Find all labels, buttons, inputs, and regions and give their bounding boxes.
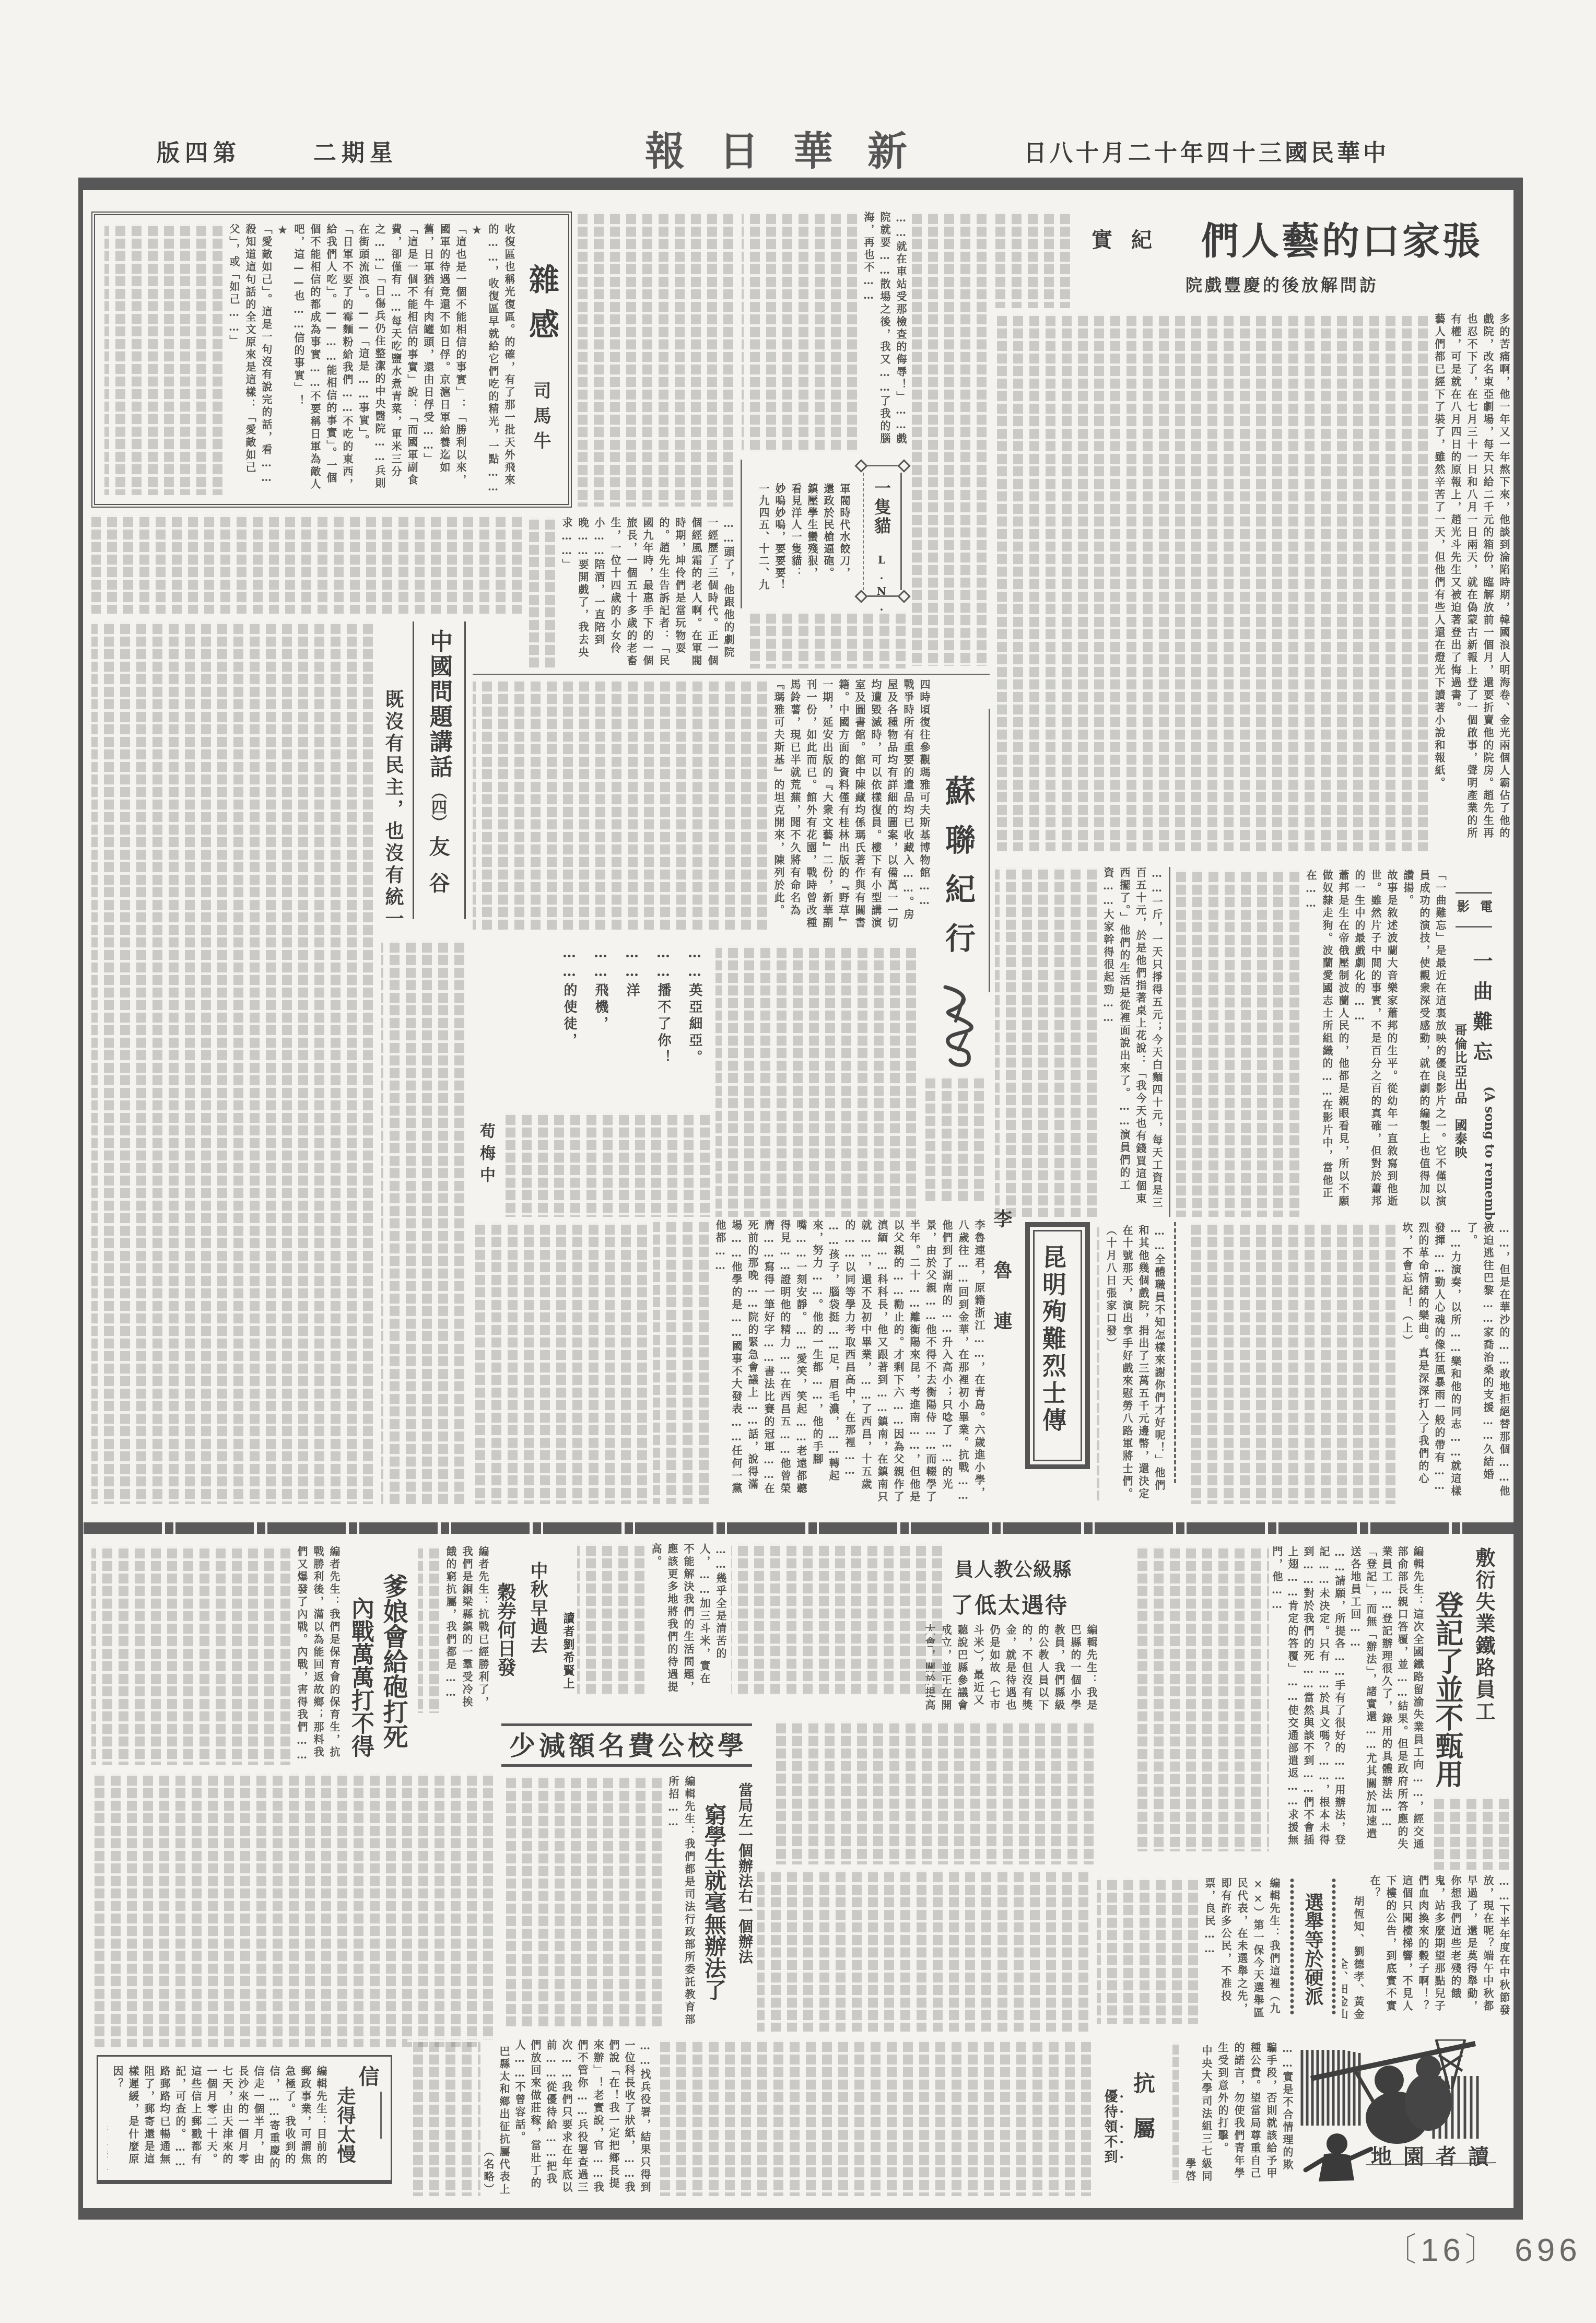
zagan-title: 雜感 [526, 264, 557, 354]
column-text-block [655, 2039, 1094, 2196]
column-text-block [501, 1112, 713, 1217]
soviet-body [715, 945, 919, 1217]
letter-signature: 巴縣太和鄉出征抗屬代表上（名略） [480, 2039, 512, 2196]
column-text-block [995, 212, 1073, 308]
section-divider-band [84, 1522, 1513, 1534]
film-paragraph: ……力演奏，以所……樂和他的同志……就這樣發揮……動人心魂的像狂風暴雨一般的帶有… [1399, 1222, 1463, 1504]
grain-letter-kicker: 中秋早過去 [529, 1562, 546, 1655]
frame-right-border [1513, 178, 1523, 2220]
kunming-paragraph: 李魯連君，原籍浙江……，在青島。六歲進小學，八歲往……回到金華，在那裡初小畢業。… [841, 1219, 987, 1504]
zagan-separator: ★ [468, 224, 485, 495]
letter-paragraph: ……請願，所提各……手有了很好的……用辦法，登記……未決定。只有……於具文嗎？…… [1269, 1546, 1347, 1851]
poem-box-right [900, 473, 902, 590]
cat-poem-title: 一隻貓 [873, 479, 890, 536]
zagan-paragraph: 「這是一個不能相信的事實」說：「而國軍副食費，卻僅有……每天吃鹽水煮青菜，軍米三… [355, 224, 420, 495]
tuition-letter-body: 編輯先生：我們都是司法行政部所委託教育部所招…… [501, 1776, 697, 2026]
page-number-label: 第四版 [157, 142, 241, 165]
poem-line: 鎮壓學生蠻殘狠， [804, 483, 820, 603]
china-talk-body [381, 940, 467, 1504]
zagan-paragraph: 「日軍不要了的霉麵粉給我們……不吃的東西，給我們人吃」。——……能相信的事實」。… [290, 224, 355, 495]
china-talk-part: （四） [429, 783, 445, 830]
cat-poem-lines: 軍閥時代水餃刀， 還政於民槍逼砲。 鎮壓學生蠻殘狠， 看見洋人一隻貓： 妙嗚妙嗚… [748, 483, 852, 603]
masthead-rule [81, 178, 1523, 190]
letter-paragraph: 編輯先生：目前的郵政事業，可謂焦急極了。我收到的信，……寄重慶的信走一個半月，由… [110, 2066, 329, 2173]
letter-paragraph: 編輯先生：我是巴縣的一個小學教員，我們縣級的公教人員以下的，不但沒有獎金，就是待… [922, 1624, 1099, 1718]
weekday-label: 星期二 [313, 142, 398, 165]
letter-paragraph: ……找兵役署，結果只得到一位科長收了狀紙，……我們說「在！我一定把鄉長提來辦」！… [512, 2039, 653, 2196]
diamond-ornament [897, 590, 910, 603]
zhangjiakou-paragraph: 多的苦痛啊，他一年又一年熬下來，他談到淪陷時期，韓國浪人明海卷、金光兩個人霸佔了… [1447, 313, 1512, 851]
archive-page-mark: 〔16〕 696 [1384, 2224, 1581, 2270]
column-text-block [473, 1222, 650, 1504]
war-letter-body: 編者先生：我們是保育會的保育生，抗戰勝利後，滿以為能回返故鄉；那料我們又爆發了內… [91, 1546, 342, 1765]
soviet-column-rule [989, 709, 990, 992]
county-letter-kicker: 縣級公教人員 [955, 1561, 1072, 1579]
railway-letter-title: 登記了並不甄用 [1434, 1590, 1462, 1788]
zhangjiakou-paragraph: 藝人們都已經下了裝了，雖然辛苦了一天，但他們有些人還在燈光下讀著小說和報紙。 [1431, 313, 1447, 851]
zagan-body: 收復區也稱光復區。的確，有了那一批天外飛來的……，收復區早就給它們吃的精光，一點… [104, 224, 517, 495]
tuition-letter-deck: 當局左一個辦法右一個辦法 [737, 1782, 752, 1964]
election-letter-body: 編輯先生：我們這裡（九××）第一保今天選舉區民代表，在未選舉之先，即有許多公民，… [1097, 1878, 1282, 2024]
calligraphy-signature [935, 982, 982, 1071]
zagan-paragraph: 收復區也稱光復區。的確，有了那一批天外飛來的……，收復區早就給它們吃的精光，一點… [485, 224, 517, 495]
poem-box-left [863, 473, 864, 590]
mail-letter-title: 信 [357, 2066, 378, 2086]
china-talk-subtitle: 既沒有民主，也沒有統一 [384, 689, 403, 931]
street-poem-author: 荀梅中 [478, 1123, 494, 1189]
column-text-block [757, 1870, 1092, 2032]
poem-line: ……播不了你！ [648, 945, 679, 1107]
war-letter-title: 爹娘會給砲打死 [381, 1574, 406, 1749]
poem-line: ……英亞細亞。 [679, 945, 710, 1107]
letter-paragraph: 編者先生：抗戰已經勝利了，我們是銅梁縣鎮的一羣受冷挨餓的窮抗屬，我們都是…… [442, 1546, 491, 1713]
kunming-title: 昆明殉難烈士傳 [1041, 1245, 1065, 1435]
letter-paragraph: 編者先生：我們是保育會的保育生，抗戰勝利後，滿以為能回返故鄉；那料我們又爆發了內… [294, 1546, 342, 1765]
grain-letter-title: 穀券何日發 [496, 1582, 515, 1676]
zhangjiakou-body-main: 多的苦痛啊，他一年又一年熬下來，他談到淪陷時期，韓國浪人明海卷、金光兩個人霸佔了… [995, 313, 1512, 851]
zagan-paragraph: 「這也是一個不能相信的事實」：「勝利以來，國軍的待遇竟還不如日俘。京滬日軍給養迄… [420, 224, 468, 495]
county-letter-signature: 讀者劉希賢上 [562, 1612, 574, 1691]
column-text-block [911, 212, 990, 666]
kunming-paragraph: ……孩子，腦袋挺……足，眉毛濃，……轉起來，努力……。他的一生都……，他的手腳嘴… [712, 1219, 841, 1504]
kunming-body: 李魯連君，原籍浙江……，在青島。六歲進小學，八歲往……回到金華，在那裡初小畢業。… [653, 1219, 987, 1504]
film-label-rule-bottom [1456, 926, 1492, 928]
poem-line: 軍閥時代水餃刀， [836, 483, 852, 603]
war-letter-subtitle: 內戰萬萬打不得 [349, 1597, 372, 1757]
election-letter-title: 選舉等於硬派 [1304, 1893, 1322, 2005]
tuition-letter-body-ending: ……實是不合情理的欺騙手段，否則就該給予甲種公費。望當局尊重自己的諾言，勿使我們… [1172, 2042, 1295, 2183]
soviet-paragraph: 戰爭時所有重要的遺品均已收藏入……。房屋及各種物品均有詳細的圖案，以備萬一一切均… [770, 679, 916, 930]
poem-line: ……的使徒， [554, 945, 585, 1107]
masthead: 新華日報 [645, 132, 942, 171]
film-body: 「一曲難忘」是最近在這裏放映的優良影片之一。它不僅以演員成功的演技，使觀衆深受感… [1172, 870, 1448, 1217]
county-letter-body: 編輯先生：我是巴縣的一個小學教員，我們縣級的公教人員以下的，不但沒有獎金，就是待… [922, 1624, 1099, 1718]
poem-line: ……洋 [616, 945, 648, 1107]
poem-line: 還政於民槍逼砲。 [820, 483, 836, 603]
tuition-rule-top [501, 1723, 752, 1726]
grain-letter-body: 編者先生：抗戰已經勝利了，我們是銅梁縣鎮的一羣受冷挨餓的窮抗屬，我們都是…… [418, 1546, 491, 1713]
wavy-rule-left [1290, 1878, 1294, 2016]
zhangjiakou-tag: 紀實 [1092, 230, 1171, 251]
column-text-block [577, 212, 736, 507]
county-letter-body: ……幾乎全是清苦的人，……加三斗米，實在不能解決我們的生活問題，應該更多地將我們… [577, 1543, 729, 1695]
poem-line: ……飛機， [585, 945, 616, 1107]
film-paragraph: 蕭邦是生在帝俄壓制波蘭人民的，他都是親眼看見，所以不願做奴隸走狗。波蘭愛國志士所… [1302, 870, 1351, 1217]
column-text-block [91, 514, 525, 614]
zhangjiakou-paragraph: ……頭了，他跟他的劇院一經歷了三個時代。正一個個經風霜的老人啊。在軍閥時期，坤伶… [558, 517, 736, 668]
china-talk-author: 友谷 [427, 836, 448, 909]
wavy-column-divider [1174, 1222, 1176, 1483]
film-paragraph: ……，但是在華沙的……敢地拒絕替那個……他被迫逃往巴黎……家喬治桑的支援……久結… [1463, 1222, 1512, 1504]
military-family-letter-subtitle: 優待領不到 [1102, 2089, 1125, 2165]
frame-left-border [78, 178, 83, 2220]
zhangjiakou-paragraph: ……一斤，一天只掙得五元；今天白麵四十元，每天工資是三百五十元，於是他們指著桌上… [1100, 867, 1165, 1217]
mail-letter-subtitle: 走得太慢 [336, 2086, 355, 2164]
grain-letter-body-continued: ……下半年度在中秋節發放，現在呢？端午中秋都早過了，還是莫得舉動，你想我們這些老… [1342, 1875, 1512, 2021]
film-paragraph: 故事是敘述波蘭大音樂家蕭邦的生平。從幼年一直敘寫到他逝世。雖然片子中間的事實，不… [1351, 870, 1400, 1217]
zagan-separator: ★ [274, 224, 290, 495]
zhangjiakou-paragraph: ……就在車站受那檢查的侮辱！」……戲院就要……散場之後，我又……了我的腦海，再也… [860, 212, 909, 452]
film-label-rule-top [1456, 892, 1492, 894]
letter-signature: 中央大學司法組三七級同學啓 [1182, 2042, 1214, 2183]
diamond-ornament [854, 459, 867, 472]
soviet-travel-title: 蘇聯紀行 [943, 775, 973, 971]
kunming-author: 李魯連 [992, 1209, 1011, 1363]
column-text-block [91, 1773, 496, 2047]
poem-line: 妙嗚妙嗚，要要要！ [771, 483, 788, 603]
zhangjiakou-body-station: ……就在車站受那檢查的侮辱！」……戲院就要……散場之後，我又……了我的腦海，再也… [742, 212, 909, 452]
letter-paragraph: 編輯先生：我們這裡（九××）第一保今天選舉區民代表，在未選舉之先，即有許多公民，… [1201, 1878, 1282, 2024]
tuition-rule-bottom [501, 1764, 752, 1767]
letter-paragraph: ……實是不合情理的欺騙手段，否則就該給予甲種公費。望當局尊重自己的諾言，勿使我們… [1214, 2042, 1295, 2183]
film-column-rule [1169, 867, 1170, 1217]
county-letter-title: 待遇太低了 [951, 1594, 1069, 1616]
column-text-block [744, 611, 909, 668]
military-family-letter-title: 抗屬 [1132, 2072, 1154, 2162]
street-poem: ……英亞細亞。 ……播不了你！ ……洋 ……飛機， ……的使徒， [501, 945, 710, 1107]
zhangjiakou-headline: 張家口的藝人們 [1201, 222, 1483, 260]
diamond-ornament [854, 590, 867, 603]
zhangjiakou-body-war-era: ……頭了，他跟他的劇院一經歷了三個時代。正一個個經風霜的老人啊。在軍閥時期，坤伶… [527, 517, 736, 668]
zhangjiakou-body-ending: ……全體職員不知怎樣來謝你們才好呢！」他們和其他幾個戲院，捐出了三萬五千元邊幣，… [1097, 1225, 1167, 1501]
letter-paragraph: ……幾乎全是清苦的人，……加三斗米，實在不能解決我們的生活問題，應該更多地將我們… [648, 1543, 729, 1695]
military-family-letter-body: ……找兵役署，結果只得到一位科長收了狀紙，……我們說「在！我一定把鄉長提來辦」！… [407, 2039, 653, 2196]
poem-divider [741, 460, 742, 608]
mail-letter-body: 編輯先生：目前的郵政事業，可謂焦急極了。我收到的信，……寄重慶的信走一個半月，由… [107, 2066, 329, 2173]
readers-garden-caption: 讀者園地 [1371, 2146, 1500, 2167]
film-title: 一曲難忘 [1471, 951, 1491, 1072]
soviet-body: 四時頃復往參觀瑪雅可夫斯基博物館…… 戰爭時所有重要的遺品均已收藏入……。房屋及… [473, 679, 932, 930]
column-text-block [922, 1076, 987, 1201]
letter-signature: 胡恆知、劉德孝、黃金全、田金山 [1342, 1875, 1366, 2021]
tuition-letter-kicker: 學校公費名額減少 [509, 1733, 747, 1759]
column-text-block [1428, 1797, 1512, 1870]
soviet-paragraph: 四時頃復往參觀瑪雅可夫斯基博物館…… [916, 679, 932, 930]
zhangjiakou-paragraph: ……全體職員不知怎樣來謝你們才好呢！」他們和其他幾個戲院，捐出了三萬五千元邊幣，… [1102, 1225, 1167, 1501]
china-talk-body [91, 621, 376, 1504]
tuition-letter-title: 窮學生就毫無辦法了 [703, 1803, 725, 2001]
poem-line: 看見洋人一隻貓： [788, 483, 804, 603]
horizontal-divider [473, 674, 990, 675]
poem-box-top [863, 465, 902, 466]
poem-date: 一九四五、十二、九 [755, 483, 771, 603]
film-body-ending: ……，但是在華沙的……敢地拒絕替那個……他被迫逃往巴黎……家喬治桑的支援……久結… [1186, 1222, 1512, 1504]
railway-letter-body: 編輯先生：這次全國鐵路留渝失業員工向……，經交通部俞部長親口答覆，並……結果。但… [1136, 1546, 1426, 1851]
zhangjiakou-subtitle: 訪問解放後的慶豐戲院 [1186, 277, 1379, 294]
zagan-author: 司馬牛 [532, 381, 549, 456]
column-text-block [731, 1543, 945, 1695]
issue-date: 中華民國三十四年十二月十八日 [1024, 142, 1389, 165]
readers-garden-illustration [1298, 2039, 1501, 2196]
cat-poem-author: L.N. [876, 554, 887, 616]
letter-paragraph: ……下半年度在中秋節發放，現在呢？端午中秋都早過了，還是莫得舉動，你想我們這些老… [1366, 1875, 1512, 2021]
film-paragraph: 「一曲難忘」是最近在這裏放映的優良影片之一。它不僅以演員成功的演技，使觀衆深受感… [1400, 870, 1448, 1217]
film-credit: 哥倫比亞出品 國泰映 [1453, 1024, 1466, 1159]
film-section-label: 電影 [1457, 900, 1503, 913]
letter-paragraph: 編輯先生：我們都是司法行政部所委託教育部所招…… [665, 1776, 697, 2026]
frame-bottom-border [78, 2208, 1523, 2220]
mail-title-rule [380, 2092, 382, 2139]
film-english-title: (A song to remember) [1482, 1086, 1497, 1241]
railway-letter-kicker: 敷衍失業鐵路員工 [1474, 1547, 1494, 1723]
china-talk-title: 中國問題講話 [427, 629, 450, 780]
column-text-block [773, 1721, 1097, 1864]
diamond-ornament [897, 459, 910, 472]
zagan-paragraph: 「愛敵如己」。這是一句沒有說完的話，看……殺知道這句話的全文原來是這樣：「愛敵如… [226, 224, 274, 495]
wavy-rule-right [1332, 1878, 1336, 2016]
letter-paragraph: 編輯先生：這次全國鐵路留渝失業員工向……，經交通部俞部長親口答覆，並……結果。但… [1347, 1546, 1426, 1851]
zhangjiakou-body-wages: ……一斤，一天只掙得五元；今天白麵四十元，每天工資是三百五十元，於是他們指著桌上… [995, 867, 1165, 1217]
